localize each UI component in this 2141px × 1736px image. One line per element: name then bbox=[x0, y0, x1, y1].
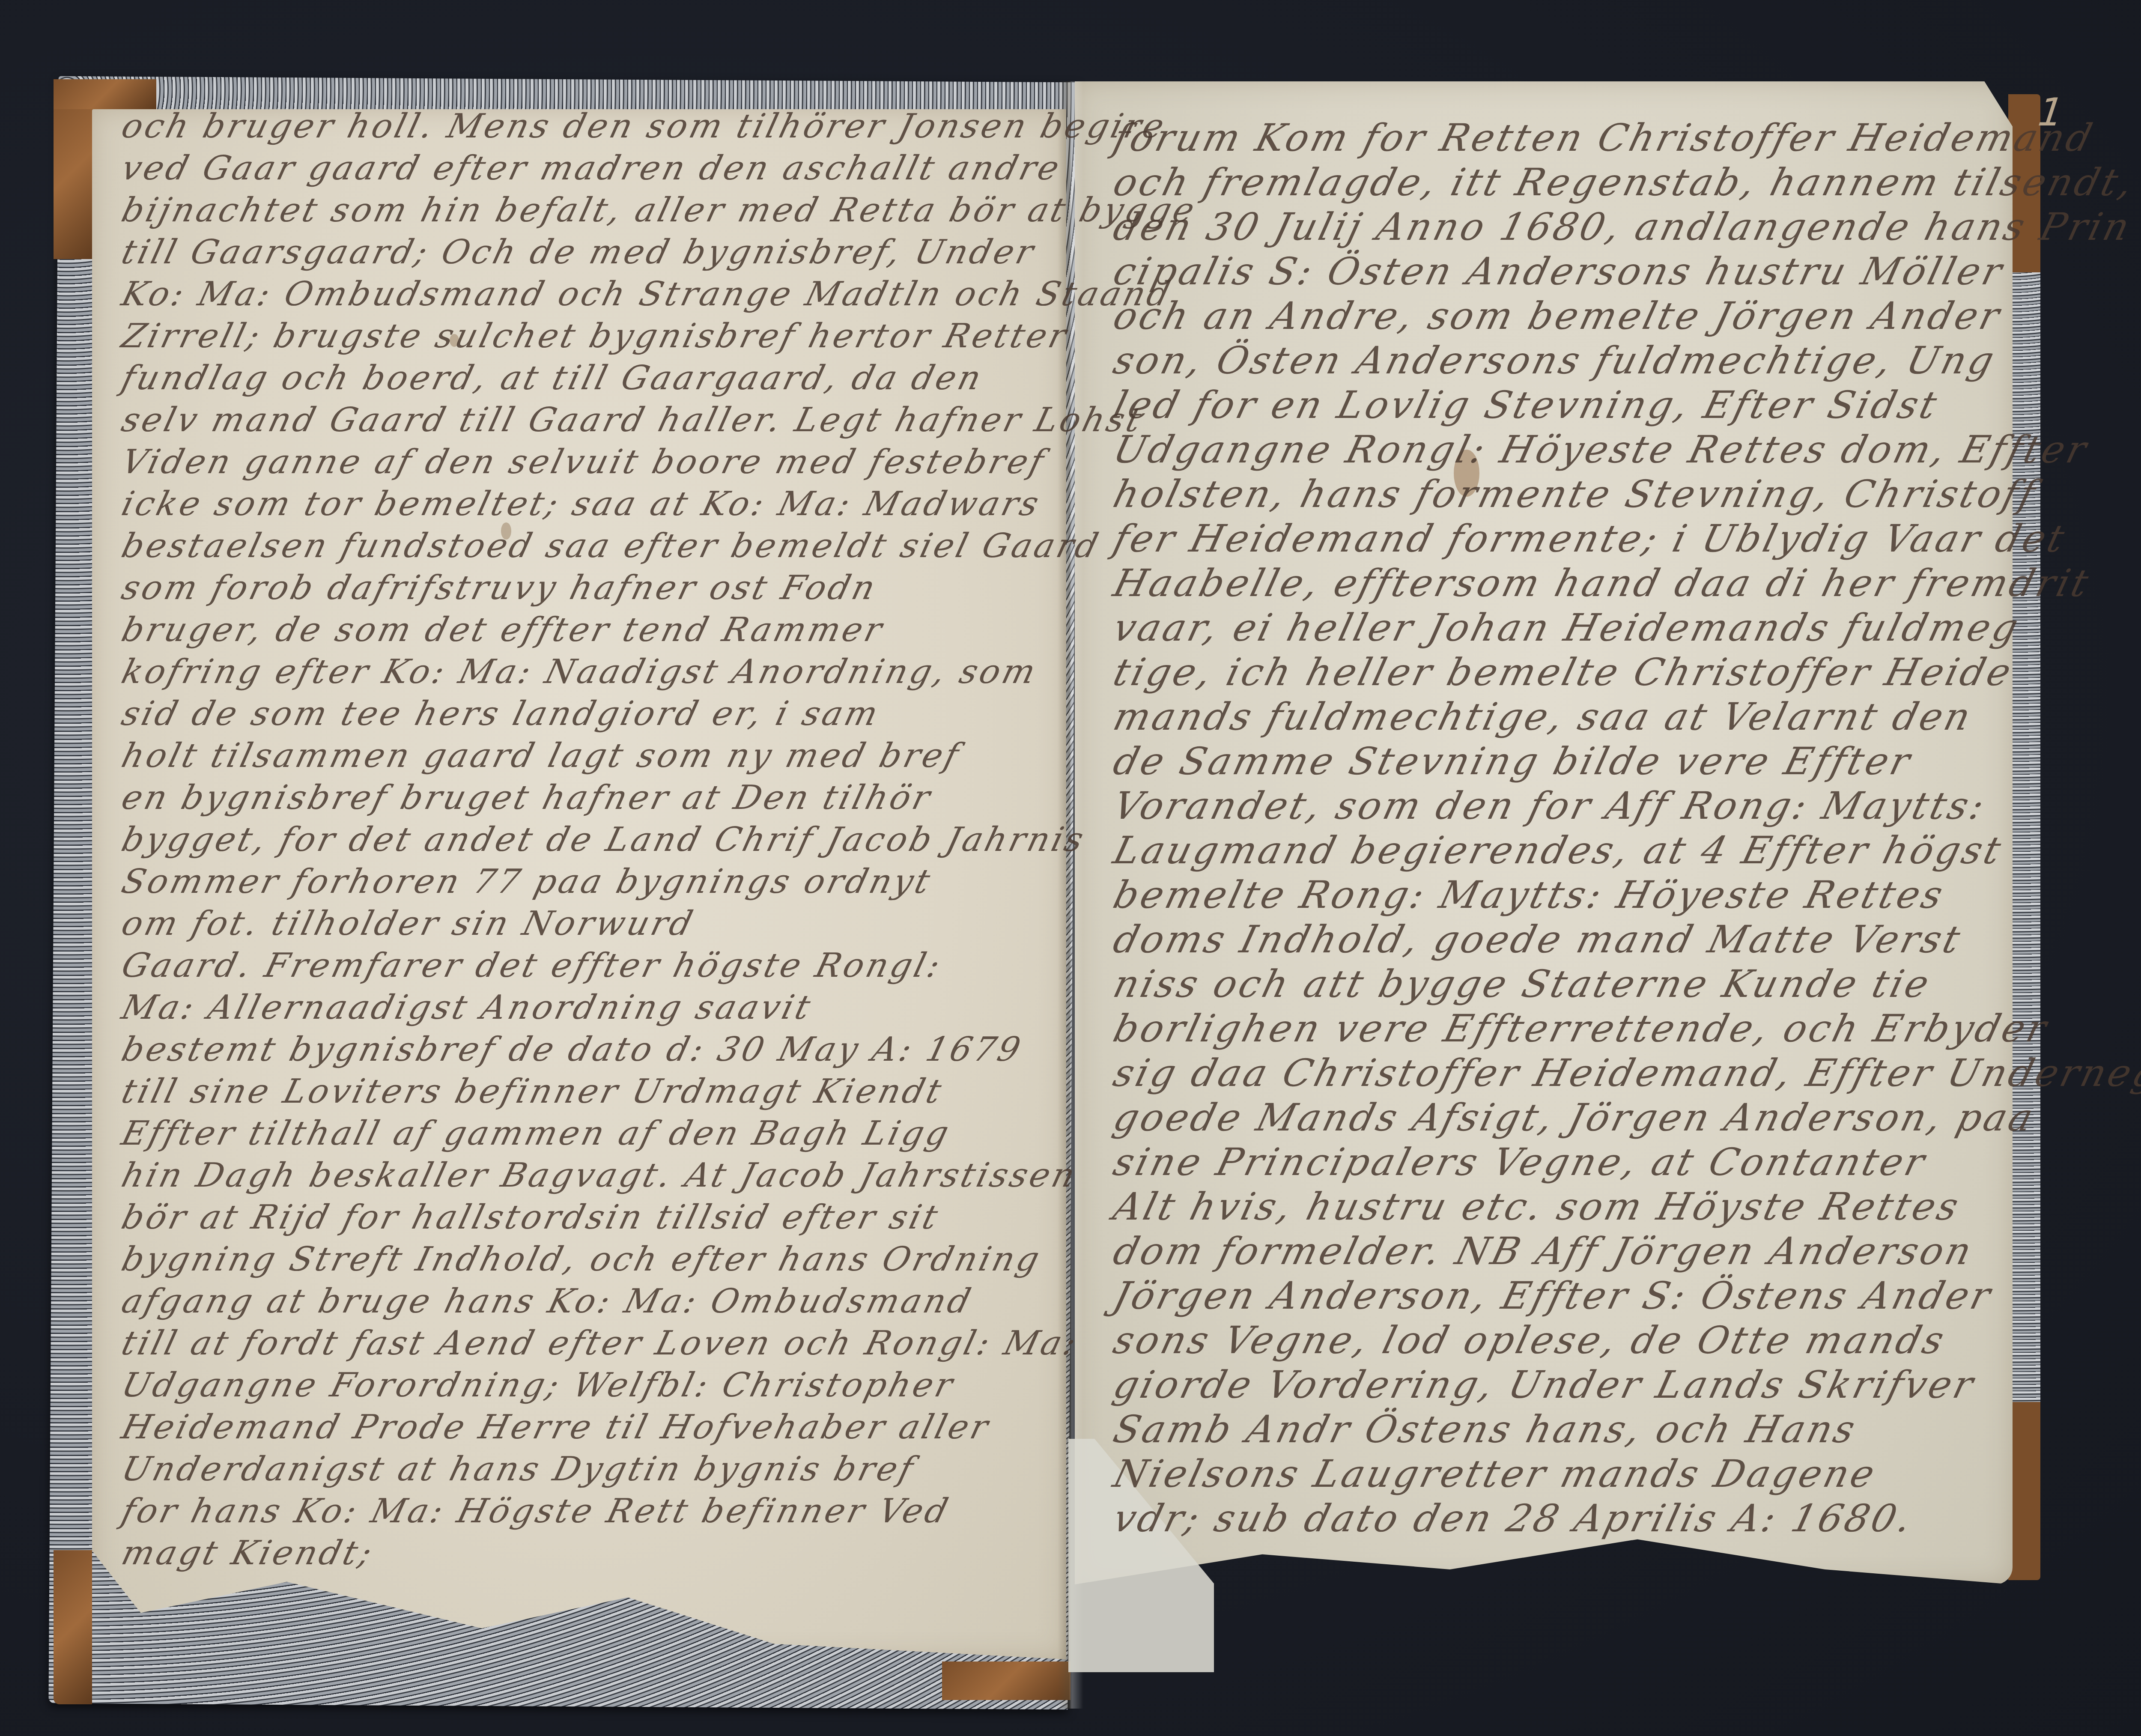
manuscript-line: Gaard. Fremfarer det effter högste Rongl… bbox=[118, 946, 946, 985]
manuscript-line: hin Dagh beskaller Bagvagt. At Jacob Jah… bbox=[118, 1156, 1081, 1195]
manuscript-line: goede Mands Afsigt, Jörgen Anderson, paa bbox=[1109, 1095, 2040, 1139]
manuscript-line: led for en Lovlig Stevning, Efter Sidst bbox=[1109, 383, 1944, 427]
manuscript-line: giorde Vordering, Under Lands Skrifver bbox=[1109, 1363, 1980, 1407]
manuscript-line: Effter tilthall af gammen af den Bagh Li… bbox=[118, 1114, 955, 1153]
leather-corner-bottom-left bbox=[54, 1550, 92, 1704]
manuscript-line: Udgangne Rongl: Höyeste Rettes dom, Efft… bbox=[1109, 427, 2093, 471]
manuscript-line: bör at Rijd for hallstordsin tillsid eft… bbox=[118, 1198, 944, 1237]
manuscript-line: ved Gaar gaard efter madren den aschallt… bbox=[118, 149, 1065, 188]
manuscript-line: som forob dafrifstruvy hafner ost Fodn bbox=[118, 569, 881, 607]
manuscript-line: Viden ganne af den selvuit boore med fes… bbox=[118, 443, 1050, 481]
manuscript-line: Udgangne Forordning; Welfbl: Christopher bbox=[118, 1366, 959, 1405]
manuscript-line: tige, ich heller bemelte Christoffer Hei… bbox=[1109, 650, 2018, 694]
manuscript-line: selv mand Gaard till Gaard haller. Legt … bbox=[118, 401, 1148, 439]
manuscript-line: till at fordt fast Aend efter Loven och … bbox=[118, 1324, 1082, 1363]
manuscript-line: Underdanigst at hans Dygtin bygnis bref bbox=[118, 1450, 919, 1488]
manuscript-line: Ko: Ma: Ombudsmand och Strange Madtln oc… bbox=[118, 275, 1176, 313]
manuscript-line: bijnachtet som hin befalt, aller med Ret… bbox=[118, 191, 1201, 230]
manuscript-line: son, Östen Andersons fuldmechtige, Ung bbox=[1109, 338, 2001, 382]
manuscript-line: sid de som tee hers landgiord er, i sam bbox=[118, 695, 884, 733]
manuscript-line: cipalis S: Östen Andersons hustru Möller bbox=[1109, 249, 2009, 293]
manuscript-line: Nielsons Laugretter mands Dagene bbox=[1109, 1452, 1882, 1496]
manuscript-line: kofring efter Ko: Ma: Naadigst Anordning… bbox=[118, 653, 1042, 691]
manuscript-line: doms Indhold, goede mand Matte Verst bbox=[1109, 917, 1967, 961]
manuscript-line: niss och att bygge Staterne Kunde tie bbox=[1109, 962, 1936, 1006]
manuscript-line: till Gaarsgaard; Och de med bygnisbref, … bbox=[118, 233, 1040, 271]
manuscript-line: bygning Streft Indhold, och efter hans O… bbox=[118, 1240, 1046, 1279]
manuscript-line: borlighen vere Effterrettende, och Erbyd… bbox=[1109, 1006, 2054, 1050]
manuscript-line: forum Kom for Retten Christoffer Heidema… bbox=[1109, 116, 2099, 160]
leather-corner-bottom-gutter bbox=[942, 1661, 1070, 1700]
manuscript-line: Zirrell; brugste sulchet bygnisbref hert… bbox=[118, 317, 1073, 355]
manuscript-line: afgang at bruge hans Ko: Ma: Ombudsmand bbox=[118, 1282, 977, 1321]
manuscript-line: holt tilsammen gaard lagt som ny med bre… bbox=[118, 737, 965, 775]
manuscript-line: Heidemand Prode Herre til Hofvehaber all… bbox=[118, 1408, 994, 1447]
right-cover-edge bbox=[2008, 94, 2040, 1580]
manuscript-line: och an Andre, som bemelte Jörgen Ander bbox=[1109, 294, 2006, 338]
manuscript-line: fer Heidemand formente; i Ublydig Vaar d… bbox=[1109, 516, 2071, 561]
manuscript-line: for hans Ko: Ma: Högste Rett befinner Ve… bbox=[118, 1492, 954, 1530]
manuscript-line: och bruger holl. Mens den som tilhörer J… bbox=[118, 107, 1170, 146]
manuscript-line: dom formelder. NB Aff Jörgen Anderson bbox=[1109, 1229, 1978, 1273]
manuscript-line: Ma: Allernaadigst Anordning saavit bbox=[118, 988, 817, 1027]
manuscript-line: vaar, ei heller Johan Heidemands fuldmeg bbox=[1109, 606, 2025, 650]
manuscript-line: Alt hvis, hustru etc. som Höyste Rettes bbox=[1109, 1184, 1965, 1229]
manuscript-line: och fremlagde, itt Regenstab, hannem til… bbox=[1109, 160, 2140, 204]
manuscript-line: sons Vegne, lod oplese, de Otte mands bbox=[1109, 1318, 1951, 1362]
manuscript-line: den 30 Julij Anno 1680, andlangende hans… bbox=[1109, 205, 2136, 249]
manuscript-line: Haabelle, efftersom hand daa di her frem… bbox=[1109, 561, 2095, 605]
leather-corner-top-left-edge bbox=[54, 79, 156, 109]
manuscript-line: en bygnisbref bruget hafner at Den tilhö… bbox=[118, 779, 936, 817]
manuscript-line: fundlag och boerd, at till Gaargaard, da… bbox=[118, 359, 987, 397]
manuscript-line: magt Kiendt; bbox=[118, 1534, 378, 1572]
manuscript-line: Laugmand begierendes, at 4 Effter högst bbox=[1109, 828, 2008, 872]
manuscript-line: Jörgen Anderson, Effter S: Östens Ander bbox=[1109, 1274, 1998, 1318]
manuscript-line: icke som tor bemeltet; saa at Ko: Ma: Ma… bbox=[118, 485, 1045, 523]
manuscript-line: om fot. tilholder sin Norwurd bbox=[118, 904, 699, 943]
manuscript-line: Sommer forhoren 77 paa bygnings ordnyt bbox=[118, 862, 936, 901]
manuscript-line: bestaelsen fundstoed saa efter bemeldt s… bbox=[118, 527, 1104, 565]
manuscript-line: sine Principalers Vegne, at Contanter bbox=[1109, 1140, 1932, 1184]
manuscript-line: mands fuldmechtige, saa at Velarnt den bbox=[1109, 695, 1977, 739]
manuscript-line: bemelte Rong: Maytts: Höyeste Rettes bbox=[1109, 873, 1950, 917]
manuscript-line: bestemt bygnisbref de dato d: 30 May A: … bbox=[118, 1030, 1027, 1069]
manuscript-line: vdr; sub dato den 28 Aprilis A: 1680. bbox=[1109, 1496, 1918, 1540]
manuscript-line: de Samme Stevning bilde vere Effter bbox=[1109, 739, 1917, 783]
manuscript-line: till sine Loviters befinner Urdmagt Kien… bbox=[118, 1072, 948, 1111]
manuscript-line: sig daa Christoffer Heidemand, Effter Un… bbox=[1109, 1051, 2141, 1095]
manuscript-line: holsten, hans formente Stevning, Christo… bbox=[1109, 472, 2042, 516]
manuscript-line: bruger, de som det effter tend Rammer bbox=[118, 611, 889, 649]
manuscript-line: bygget, for det andet de Land Chrif Jaco… bbox=[118, 820, 1090, 859]
manuscript-line: Samb Andr Östens hans, och Hans bbox=[1109, 1407, 1862, 1451]
manuscript-line: Vorandet, som den for Aff Rong: Maytts: bbox=[1109, 784, 1991, 828]
